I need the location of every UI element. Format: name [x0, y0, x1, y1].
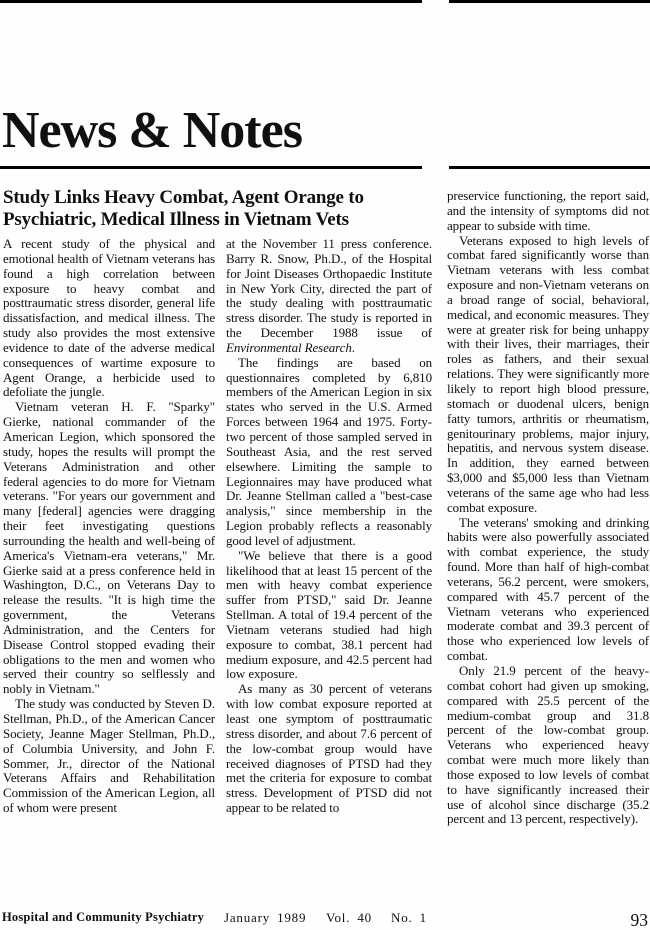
top-rule-right-segment [449, 0, 650, 3]
article-title: Study Links Heavy Combat, Agent Orange t… [3, 187, 437, 230]
paragraph: "We believe that there is a good likelih… [226, 549, 432, 683]
paragraph: A recent study of the physical and emoti… [3, 237, 215, 400]
issue-number: No. 1 [391, 910, 427, 926]
paragraph-text: . [352, 340, 355, 355]
paragraph: Only 21.9 percent of the heavy-combat co… [447, 664, 649, 827]
issue-date: January 1989 [224, 910, 306, 926]
journal-page: News & Notes Study Links Heavy Combat, A… [0, 0, 650, 930]
paragraph: The findings are based on questionnaires… [226, 356, 432, 549]
article-title-line2: Psychiatric, Medical Illness in Vietnam … [3, 209, 437, 231]
column-2: at the November 11 press conference. Bar… [226, 237, 432, 816]
column-3: preservice functioning, the report said,… [447, 189, 649, 827]
paragraph: preservice functioning, the report said,… [447, 189, 649, 234]
paragraph: Vietnam veteran H. F. "Sparky" Gierke, n… [3, 400, 215, 697]
section-title: News & Notes [2, 105, 302, 157]
header-rule-right-segment [449, 166, 650, 169]
article-title-line1: Study Links Heavy Combat, Agent Orange t… [3, 187, 437, 209]
paragraph-text: at the November 11 press conference. Bar… [226, 236, 432, 340]
paragraph: The veterans' smoking and drinking habit… [447, 516, 649, 664]
paragraph: Veterans exposed to high levels of comba… [447, 234, 649, 516]
paragraph: at the November 11 press conference. Bar… [226, 237, 432, 356]
volume-label: Vol. 40 [326, 910, 372, 926]
journal-reference-italic: Environmental Research [226, 340, 352, 355]
header-rule-left-segment [0, 166, 422, 169]
top-rule-left-segment [0, 0, 422, 3]
column-1: A recent study of the physical and emoti… [3, 237, 215, 816]
paragraph: The study was conducted by Steven D. Ste… [3, 697, 215, 816]
journal-name: Hospital and Community Psychiatry [2, 910, 204, 925]
page-number: 93 [631, 910, 649, 930]
paragraph: As many as 30 percent of veterans with l… [226, 682, 432, 816]
page-footer: Hospital and Community Psychiatry Januar… [0, 906, 650, 930]
